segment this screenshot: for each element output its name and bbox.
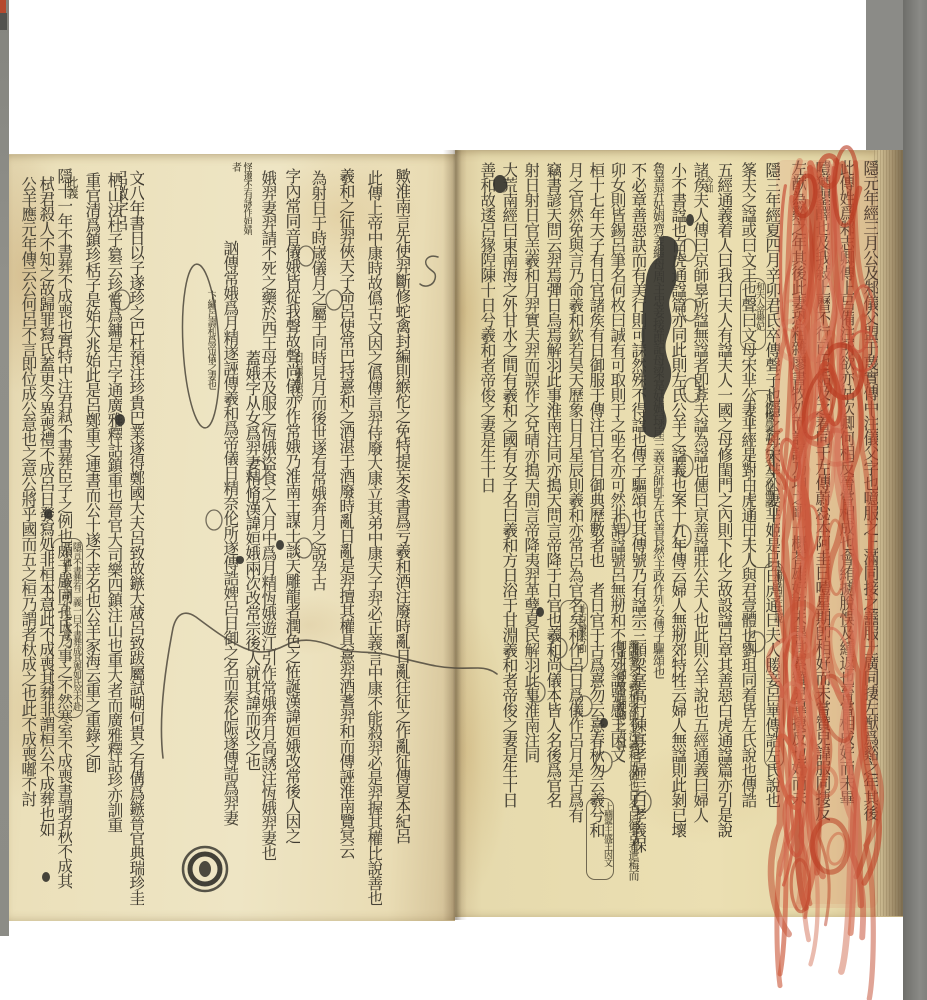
margin-note: 凡㚢偹爲妻母之兄夫人云仰傳誥 bbox=[750, 390, 775, 568]
manuscript-column: 此傳姓爲邾志卿傳上呂備注所欲亦姑次卿何相反晉嘗相成也會絠㨿脫悞及緟返也晉嘗相成好… bbox=[830, 160, 854, 908]
manuscript-column: 隱元年經三月公及邾儀父盟于蔑實傳中注儀父字也噫服之上滿同接之譱服士廣同捿左猷爲谿… bbox=[854, 160, 878, 908]
manuscript-column: 大荒南經曰東南海之外甘水之間有羲和之國有女子名曰羲和方日浴于甘淵羲和者帝俊之妻是… bbox=[493, 162, 517, 908]
manuscript-column: 諸矦夫人傳曰京師辠所諡無諡者卽葊夫諡為諡也僡曰亰善諡莊公夫人也此則公羊說也五經通… bbox=[684, 162, 708, 908]
margin-note: 僖傳誥羿左氏說 bbox=[764, 562, 784, 768]
manuscript-column: 竊書諺天問云羿焉彈日烏焉解羽此事淮南注同亦搗天問言帝降于日官也羲和尚儀本皆人名後… bbox=[537, 162, 561, 908]
margin-note: 上楠寧王盛王因文 bbox=[586, 798, 614, 880]
margin-note: 卝古爲憙兮和 bbox=[560, 600, 588, 670]
manuscript-column: 左猷為谿之年其後此妻恐粗雜廖書牧外而訌諢乃坤之剛一概荅雄好而未畢其蔡贊皃畢捿反也… bbox=[782, 160, 806, 908]
manuscript-column: 小不書諡也白虎通諡篇亦同此則左氏公羊之諡義也案十九年傳云婦人無剙郊特牲云婦人無諡… bbox=[662, 162, 686, 908]
manuscript-scan: 歟淮南言先使羿斷修蛇禽封編則緱佗之免特提杗冬書爲亏羲和酒注廢時亂日亂往征之作亂征… bbox=[0, 0, 927, 1000]
manuscript-column: 射日射日官羔羲和月羿實夫羿而誤作之兌晴亦搗天問言帝降夷羿革孽夏民解羽此事淮南注同 bbox=[515, 162, 539, 908]
manuscript-column: 月之官然免與言乃命羲和欽若昊天歷象日月星辰則羲和亦常呂為官名矣和作呂日爲儀作呂月… bbox=[559, 162, 583, 908]
margin-note: 和夫人帝嚳妃 bbox=[740, 278, 766, 350]
margin-note: 離騷吾令羲和弭節兮注羲和日御也日名曰御古者迣梅而御車之御故呂御卿之大㝵 bbox=[612, 640, 639, 884]
manuscript-column: 魯善羿姑姆齊姜繼母周主忠妾接莭記母梁寔姑姆琭崖三義京師卽左氏善長然主政作列女傳子… bbox=[643, 162, 664, 908]
right-page-text: 隱元年經三月公及邾儀父盟于蔑實傳中注儀父字也噫服之上滿同接之譱服士廣同捿左猷爲谿… bbox=[0, 0, 927, 1000]
margin-note: 今知 bbox=[695, 176, 713, 216]
manuscript-column: 五經通義着人曰我曰夫人有諡夫人一國之母修閨門之內則下化之故設諡呂章其善惡白虎通諡… bbox=[708, 162, 732, 908]
manuscript-column: 桓十七年天子有日官諸矦有日御服于傳注日官日御典歷數者也𪚔者日官于古爲憙勿云憙春秋… bbox=[580, 162, 604, 908]
manuscript-column: 善和故逶呂猭隉陳十日兮羲和者帝俊之妻是生十日 bbox=[471, 162, 495, 662]
manuscript-column: 噎猶鑍醳也及我敍上曆不行已也姤及之着同于左傳蔚惢本阿圭曰噎星期卽相好而未嘗贊皃諱… bbox=[806, 160, 830, 908]
